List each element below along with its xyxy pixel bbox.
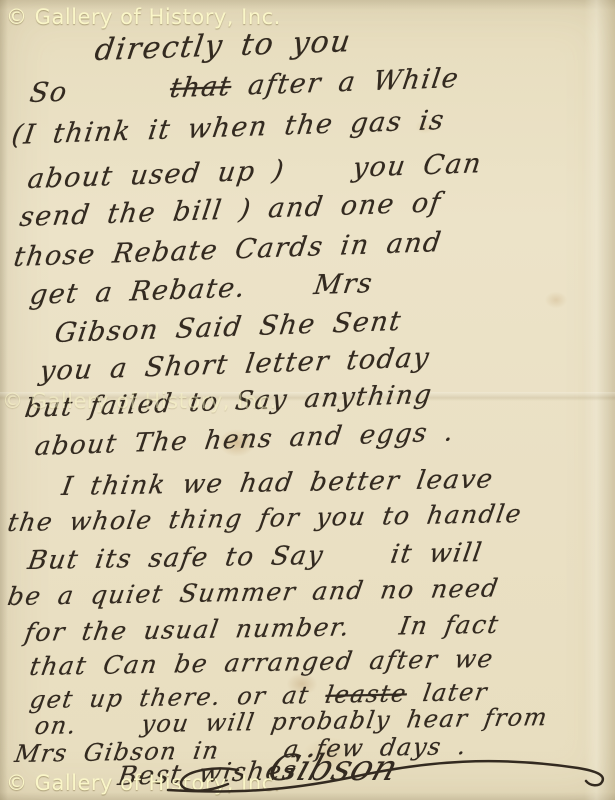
letter-line: But its safe to Say it will	[26, 540, 485, 574]
line-text: be a quiet Summer and no need	[6, 573, 502, 611]
line-text: later	[405, 678, 490, 707]
watermark-middle: © Gallery of History, Inc.	[2, 389, 277, 413]
signature-name: Gibson	[263, 747, 403, 789]
letter-line: be a quiet Summer and no need	[6, 575, 501, 609]
line-text: Gibson Said She Sent	[53, 306, 404, 349]
struck-word: that	[168, 71, 234, 104]
letter-line: I think we had better leave	[60, 466, 496, 500]
letter-line: for the usual number. In fact	[23, 612, 501, 645]
letter-page: directly to youSo that after a While(I t…	[0, 0, 615, 800]
letter-line: that Can be arranged after we	[28, 646, 496, 679]
struck-word: leaste	[323, 679, 409, 709]
line-text: But its safe to Say it will	[26, 538, 485, 576]
signature: Gibson	[158, 744, 613, 800]
letter-line: get a Rebate. Mrs	[28, 270, 375, 309]
line-text: So	[28, 73, 173, 109]
line-text: the whole thing for you to handle	[6, 499, 525, 537]
letter-line: send the bill ) and one of	[18, 189, 443, 231]
letter-line: So that after a While	[28, 65, 461, 107]
letter-line: on. you will probably hear from	[33, 705, 550, 738]
line-text: about The hens and eggs .	[33, 417, 457, 462]
letter-line: about used up ) you Can	[26, 150, 484, 193]
letter-line: directly to you	[93, 27, 353, 66]
line-text: that Can be arranged after we	[28, 644, 497, 681]
line-text: send the bill ) and one of	[18, 187, 444, 233]
line-text: after a While	[229, 63, 461, 102]
letter-line: you a Short letter today	[38, 344, 432, 385]
signature-flourish: Gibson	[158, 744, 613, 800]
line-text: you a Short letter today	[38, 342, 432, 387]
line-text: I think we had better leave	[60, 464, 496, 502]
watermark-top: © Gallery of History, Inc.	[6, 5, 281, 29]
line-text: those Rebate Cards in and	[12, 227, 444, 273]
letter-line: (I think it when the gas is	[10, 107, 447, 149]
letter-line: Gibson Said She Sent	[53, 308, 403, 347]
line-text: (I think it when the gas is	[10, 105, 447, 151]
line-text: directly to you	[93, 24, 354, 68]
letter-line: those Rebate Cards in and	[12, 229, 444, 271]
line-text: for the usual number. In fact	[23, 610, 502, 647]
letter-line: the whole thing for you to handle	[6, 501, 524, 535]
letter-line: about The hens and eggs .	[33, 419, 456, 460]
line-text: get a Rebate. Mrs	[28, 268, 375, 311]
